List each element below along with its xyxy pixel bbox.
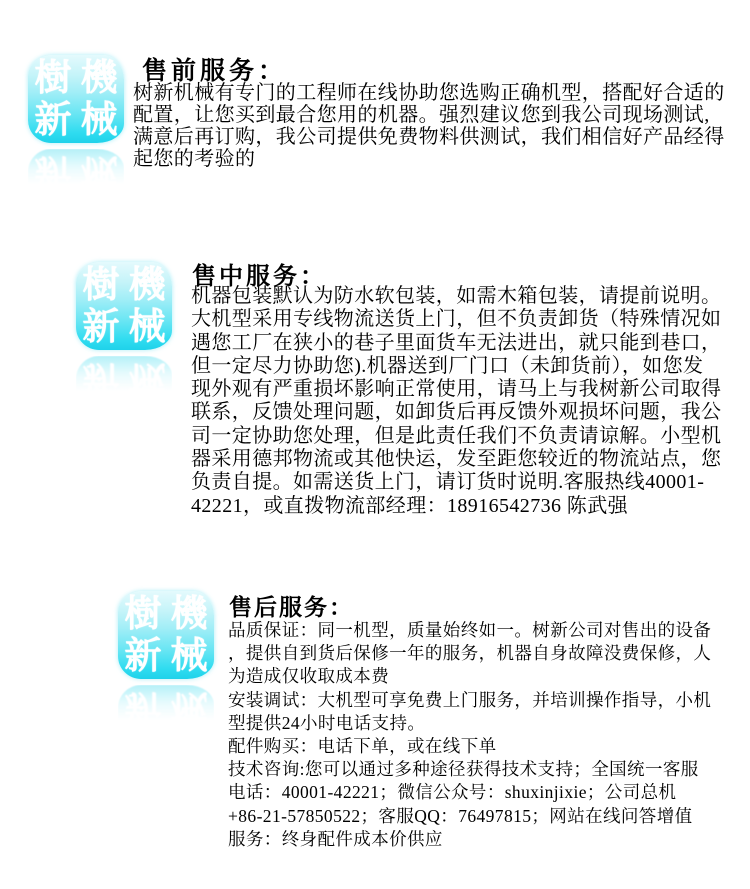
seal-reflection: 樹 機 新 械	[28, 149, 124, 189]
seal-stamp: 樹 機 新 械	[76, 262, 172, 350]
seal-stamp: 樹 機 新 械	[118, 591, 214, 679]
reflection-fade	[118, 685, 214, 725]
section-paragraph-midsale: 机器包装默认为防水软包装，如需木箱包装，请提前说明。 大机型采用专线物流送货上门…	[191, 285, 741, 518]
seal-char: 機	[171, 596, 208, 633]
seal-char: 械	[129, 309, 166, 346]
seal-char: 械	[81, 102, 118, 139]
section-paragraph-presale: 树新机械有专门的工程师在线协助您选购正确机型，搭配好合适的 配置，让您买到最合您…	[133, 82, 748, 170]
seal-char: 機	[81, 60, 118, 97]
seal-char: 新	[125, 638, 162, 675]
company-seal-logo: 樹 機 新 械 樹 機 新 械	[118, 591, 214, 679]
seal-stamp: 樹 機 新 械	[28, 55, 124, 143]
section-title-aftersale: 售后服务：	[229, 589, 354, 622]
seal-reflection: 樹 機 新 械	[118, 685, 214, 725]
seal-char: 樹	[125, 596, 162, 633]
company-seal-logo: 樹 機 新 械 樹 機 新 械	[76, 262, 172, 350]
reflection-fade	[76, 356, 172, 396]
seal-reflection: 樹 機 新 械	[76, 356, 172, 396]
seal-char: 新	[83, 309, 120, 346]
seal-char: 新	[35, 102, 72, 139]
seal-char: 樹	[83, 267, 120, 304]
seal-char: 械	[171, 638, 208, 675]
seal-char: 機	[129, 267, 166, 304]
page: 樹 機 新 械 樹 機 新 械 售前服务： 树新机械有专门的工程师在线协助您选购…	[0, 0, 750, 889]
company-seal-logo: 樹 機 新 械 樹 機 新 械	[28, 55, 124, 143]
reflection-fade	[28, 149, 124, 189]
section-paragraph-aftersale: 品质保证：同一机型，质量始终如一。树新公司对售出的设备 ，提供自到货后保修一年的…	[228, 619, 733, 851]
seal-char: 樹	[35, 60, 72, 97]
